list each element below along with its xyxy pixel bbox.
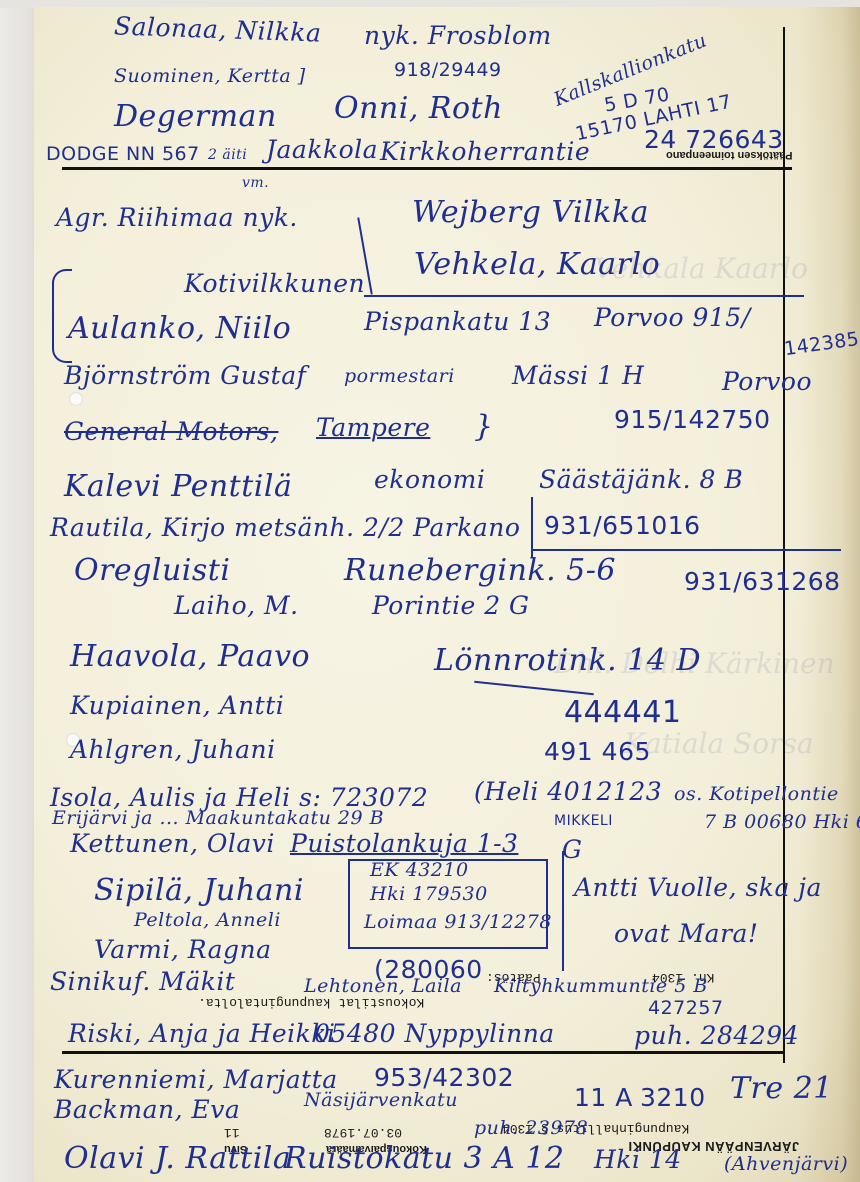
entry-bjornstrom: Björnström Gustaf [64, 361, 306, 390]
entry-rautila: Rautila, Kirjo metsänh. 2/2 Parkano [50, 513, 520, 542]
entry-haavola-street: Lönnrotink. 14 D [434, 643, 701, 678]
entry-backman: Backman, Eva [54, 1095, 240, 1124]
entry-aulanko-street: Pispankatu 13 [364, 307, 551, 336]
entry-riski-postal: 05480 Nyppylinna [314, 1019, 555, 1048]
form-top-rule [62, 167, 792, 170]
entry-kurenniemi: Kurenniemi, Marjatta [54, 1065, 338, 1094]
strike-arrow [474, 681, 594, 696]
entry-tampere: Tampere [316, 413, 430, 442]
entry-aulanko: Aulanko, Niilo [68, 311, 291, 346]
entry-sinikuf: Sinikuf. Mäkit [50, 967, 235, 996]
entry-degerman-name: Onni, Roth [334, 91, 503, 126]
entry-ahlgren: Ahlgren, Juhani [70, 735, 276, 764]
printed-body-text: Kokoustilat kaupungintalolta. [198, 995, 424, 1010]
printed-page-number: 11 [224, 1125, 240, 1140]
entry-kettunen-stair: G [562, 835, 582, 864]
paper-sheet: Vehkala Kaarlo Dhl. Delhi Kärkinen Katia… [34, 7, 860, 1182]
entry-rattila-street: Ruistokatu 3 A 12 [284, 1141, 565, 1176]
entry-salonaa: Salonaa, Nilkka [114, 11, 322, 47]
entry-rattila: Olavi J. Rattila [64, 1141, 291, 1176]
entry-riski-phone: puh. 284294 [634, 1021, 799, 1050]
entry-laiho-street: Porintie 2 G [372, 591, 530, 620]
entry-wejberg: Wejberg Vilkka [412, 195, 649, 230]
divider-stroke [531, 549, 841, 551]
entry-varmi: Varmi, Ragna [94, 935, 272, 964]
entry-rautila-phone: 931/651016 [544, 511, 701, 540]
entry-suominen: Suominen, Kertta ] [114, 65, 306, 87]
entry-kupiainen: Kupiainen, Antti [70, 691, 284, 720]
entry-lehtonen-phone: 427257 [648, 997, 724, 1019]
entry-vuolle-cont: ovat Mara! [614, 919, 758, 948]
entry-lehtonen: Lehtonen, Laila [304, 975, 462, 997]
entry-oregluisti: Oregluisti [74, 553, 230, 588]
entry-kettunen-street: Puistolankuja 1-3 [290, 829, 518, 858]
entry-kurenniemi-phone: 953/42302 [374, 1063, 514, 1092]
entry-bjornstrom-title: pormestari [344, 365, 455, 387]
punch-hole [69, 392, 83, 406]
entry-bjornstrom-phone: 915/142750 [614, 405, 771, 434]
entry-jaakkola-phone: 24 726643 [644, 125, 784, 154]
box-stroke [531, 497, 533, 557]
entry-backman-number: 3210 [640, 1083, 706, 1112]
entry-suominen-phone: 918/29449 [394, 59, 502, 81]
entry-rattila-note: (Ahvenjärvi) [724, 1153, 848, 1175]
form-bottom-rule [62, 1051, 785, 1054]
entry-oregluisti-street: Runebergink. 5-6 [344, 553, 616, 588]
entry-vm-note: vm. [242, 175, 269, 191]
entry-laiho: Laiho, M. [174, 591, 299, 620]
entry-kotivilkkunen: Kotivilkkunen [184, 269, 365, 298]
entry-riski: Riski, Anja ja Heikki [68, 1019, 335, 1048]
entry-bjornstrom-street: Mässi 1 H [512, 361, 644, 390]
entry-isola-postal: 7 B 00680 Hki 68 [704, 811, 860, 833]
entry-dodge: DODGE NN 567 [46, 143, 200, 165]
entry-degerman: Degerman [114, 99, 277, 134]
entry-backman-phone: puh. 23978 [474, 1117, 588, 1139]
entry-riihimaa: Agr. Riihimaa nyk. [56, 203, 298, 232]
entry-penttila: Kalevi Penttilä [64, 469, 292, 504]
entry-bjornstrom-city: Porvoo [722, 367, 812, 396]
entry-peltola: Peltola, Anneli [134, 909, 281, 931]
box-loimaa: Loimaa 913/12278 [364, 911, 552, 933]
entry-backman-apt: 11 A [574, 1083, 633, 1112]
box-ek: EK 43210 [370, 859, 469, 881]
entry-rattila-city: Hki 14 [594, 1145, 682, 1174]
entry-isola-street: os. Kotipellontie [674, 783, 839, 805]
entry-isola-heli: (Heli 4012123 [474, 777, 662, 806]
entry-vehkela: Vehkela, Kaarlo [414, 247, 660, 282]
entry-haavola: Haavola, Paavo [70, 639, 310, 674]
entry-jaakkola-street: Kirkkoherrantie [380, 137, 590, 166]
entry-kettunen: Kettunen, Olavi [70, 829, 275, 858]
entry-backman-street: Näsijärvenkatu [304, 1089, 458, 1111]
box-stroke [562, 851, 564, 971]
entry-penttila-street: Säästäjänk. 8 B [539, 465, 743, 494]
divider-stroke [364, 295, 804, 297]
entry-lehtonen-street: Kiltyhkummuntie 5 B [494, 975, 708, 997]
entry-dodge-note: 2 äiti [208, 147, 247, 163]
entry-vuolle: Antti Vuolle, ska ja [574, 873, 822, 902]
entry-aulanko-city: Porvoo 915/ [594, 303, 751, 332]
printed-meeting-date: 03.07.1978 [324, 1125, 402, 1140]
show-through-text: Katiala Sorsa [624, 727, 814, 760]
entry-oregluisti-phone: 931/631268 [684, 567, 841, 596]
entry-salonaa-note: nyk. Frosblom [364, 21, 552, 50]
entry-backman-city: Tre 21 [730, 1071, 833, 1106]
entry-ahlgren-phone: 491 465 [544, 737, 651, 766]
entry-penttila-title: ekonomi [374, 465, 485, 494]
entry-erijarvi-city: MIKKELI [554, 813, 613, 829]
box-hki: Hki 179530 [370, 883, 488, 905]
entry-general-motors-struck: General Motors, [64, 417, 278, 446]
form-right-rule [783, 27, 785, 1063]
entry-kupiainen-phone-struck: 444441 [564, 695, 682, 730]
entry-erijarvi: Erijärvi ja ... Maakuntakatu 29 B [52, 807, 384, 829]
entry-jaakkola: Jaakkola [266, 135, 378, 164]
entry-sipila: Sipilä, Juhani [94, 873, 304, 908]
bracket-mark: } [474, 409, 494, 444]
